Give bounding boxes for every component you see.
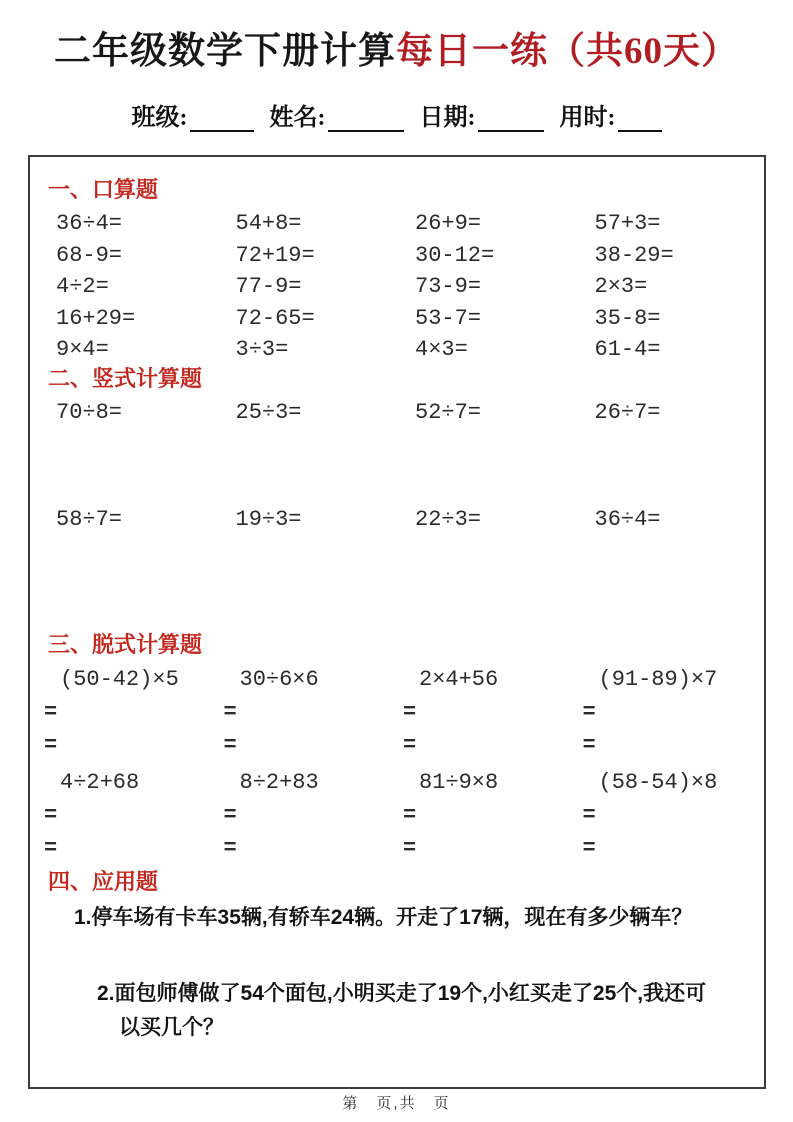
- oral-problem: 73-9=: [399, 271, 579, 303]
- section-4-heading: 四、应用题: [48, 869, 758, 895]
- vertical-problems-row-1: 70÷8= 25÷3= 52÷7= 26÷7=: [40, 397, 758, 429]
- class-blank-line: [190, 104, 254, 132]
- equals-line: =: [220, 729, 400, 762]
- class-field: 班级:: [132, 97, 254, 132]
- equals-line: =: [40, 799, 220, 832]
- stepwise-expression: (50-42)×5: [40, 663, 220, 696]
- equals-line: =: [399, 799, 579, 832]
- stepwise-group-1: (50-42)×5 = = 30÷6×6 = = 2×4+56 = = (91-…: [40, 663, 758, 762]
- word-problem-2: 2.面包师傅做了54个面包,小明买走了19个,小红买走了25个,我还可 以买几个…: [40, 977, 758, 1045]
- oral-problem: 77-9=: [220, 271, 400, 303]
- oral-problem: 72-65=: [220, 303, 400, 335]
- vertical-problem: 19÷3=: [220, 504, 400, 536]
- equals-line: =: [399, 729, 579, 762]
- equals-line: =: [399, 832, 579, 865]
- worksheet-page: 二年级数学下册计算每日一练（共60天） 班级: 姓名: 日期: 用时: 一、口算…: [0, 0, 793, 1122]
- word-problem-2-line: 2.面包师傅做了54个面包,小明买走了19个,小红买走了25个,我还可: [97, 977, 758, 1011]
- stepwise-expression: (91-89)×7: [579, 663, 759, 696]
- worksheet-body: 一、口算题 36÷4= 54+8= 26+9= 57+3= 68-9= 72+1…: [28, 155, 766, 1089]
- vertical-problem: 36÷4=: [579, 504, 759, 536]
- vertical-problem: 22÷3=: [399, 504, 579, 536]
- vertical-problem: 52÷7=: [399, 397, 579, 429]
- stepwise-expression: 30÷6×6: [220, 663, 400, 696]
- word-problem-2-line: 以买几个？: [97, 1011, 758, 1045]
- vertical-problem: 26÷7=: [579, 397, 759, 429]
- stepwise-problem: 81÷9×8 = =: [399, 766, 579, 865]
- equals-line: =: [579, 696, 759, 729]
- oral-problem: 3÷3=: [220, 334, 400, 366]
- oral-problem: 53-7=: [399, 303, 579, 335]
- page-footer: 第 页,共 页: [0, 1092, 793, 1113]
- name-blank-line: [328, 104, 404, 132]
- equals-line: =: [40, 696, 220, 729]
- oral-problem: 26+9=: [399, 208, 579, 240]
- class-label: 班级:: [132, 97, 188, 132]
- stepwise-problem: (50-42)×5 = =: [40, 663, 220, 762]
- oral-problem: 57+3=: [579, 208, 759, 240]
- stepwise-expression: (58-54)×8: [579, 766, 759, 799]
- stepwise-problem: 8÷2+83 = =: [220, 766, 400, 865]
- date-blank-line: [478, 104, 544, 132]
- oral-problem: 16+29=: [40, 303, 220, 335]
- stepwise-problem: 2×4+56 = =: [399, 663, 579, 762]
- vertical-problem: 25÷3=: [220, 397, 400, 429]
- stepwise-expression: 2×4+56: [399, 663, 579, 696]
- vertical-problem: 70÷8=: [40, 397, 220, 429]
- time-used-label: 用时:: [560, 97, 616, 132]
- name-label: 姓名:: [270, 97, 326, 132]
- oral-problem: 30-12=: [399, 240, 579, 272]
- word-problem-1: 1.停车场有卡车35辆,有轿车24辆。开走了17辆，现在有多少辆车？: [40, 903, 758, 933]
- oral-problem: 4÷2=: [40, 271, 220, 303]
- section-1-heading: 一、口算题: [48, 177, 758, 203]
- word-problem-1-line: 1.停车场有卡车35辆,有轿车24辆。开走了17辆，现在有多少辆车？: [74, 903, 758, 933]
- page-title-red: 每日一练（共60天）: [396, 31, 739, 72]
- vertical-problem: 58÷7=: [40, 504, 220, 536]
- equals-line: =: [220, 799, 400, 832]
- name-field: 姓名:: [270, 97, 404, 132]
- oral-problem: 35-8=: [579, 303, 759, 335]
- page-title: 二年级数学下册计算每日一练（共60天）: [0, 0, 793, 73]
- equals-line: =: [579, 729, 759, 762]
- date-field: 日期:: [420, 97, 544, 132]
- equals-line: =: [579, 799, 759, 832]
- equals-line: =: [220, 696, 400, 729]
- oral-problem: 61-4=: [579, 334, 759, 366]
- stepwise-group-2: 4÷2+68 = = 8÷2+83 = = 81÷9×8 = = (58-54)…: [40, 766, 758, 865]
- oral-problem: 4×3=: [399, 334, 579, 366]
- time-used-field: 用时:: [560, 97, 662, 132]
- equals-line: =: [399, 696, 579, 729]
- stepwise-problem: 30÷6×6 = =: [220, 663, 400, 762]
- stepwise-problem: (58-54)×8 = =: [579, 766, 759, 865]
- equals-line: =: [40, 832, 220, 865]
- stepwise-problem: (91-89)×7 = =: [579, 663, 759, 762]
- oral-problem: 54+8=: [220, 208, 400, 240]
- oral-problem: 72+19=: [220, 240, 400, 272]
- student-info-row: 班级: 姓名: 日期: 用时:: [0, 97, 793, 132]
- time-used-blank-line: [618, 104, 662, 132]
- stepwise-expression: 8÷2+83: [220, 766, 400, 799]
- oral-problems-grid: 36÷4= 54+8= 26+9= 57+3= 68-9= 72+19= 30-…: [40, 208, 758, 366]
- oral-problem: 2×3=: [579, 271, 759, 303]
- stepwise-problem: 4÷2+68 = =: [40, 766, 220, 865]
- section-3-heading: 三、脱式计算题: [48, 632, 758, 658]
- stepwise-expression: 4÷2+68: [40, 766, 220, 799]
- oral-problem: 68-9=: [40, 240, 220, 272]
- oral-problem: 9×4=: [40, 334, 220, 366]
- oral-problem: 38-29=: [579, 240, 759, 272]
- equals-line: =: [220, 832, 400, 865]
- date-label: 日期:: [420, 97, 476, 132]
- page-title-black: 二年级数学下册计算: [54, 31, 396, 72]
- section-2-heading: 二、竖式计算题: [48, 366, 758, 392]
- oral-problem: 36÷4=: [40, 208, 220, 240]
- vertical-problems-row-2: 58÷7= 19÷3= 22÷3= 36÷4=: [40, 504, 758, 536]
- equals-line: =: [40, 729, 220, 762]
- stepwise-expression: 81÷9×8: [399, 766, 579, 799]
- equals-line: =: [579, 832, 759, 865]
